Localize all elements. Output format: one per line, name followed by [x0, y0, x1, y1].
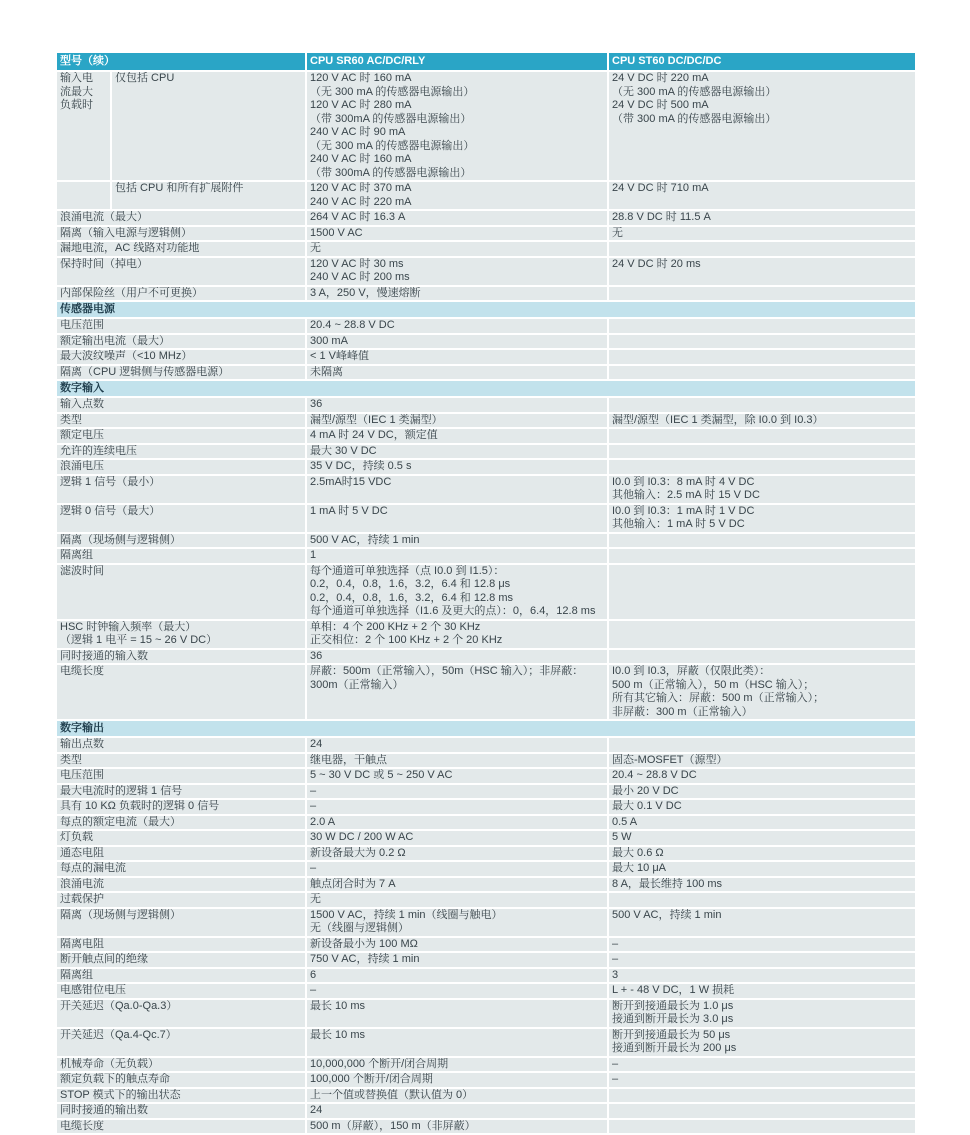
spec-text-line: （带 300 mA 的传感器电源输出） [612, 113, 911, 127]
spec-value-cell-st60 [609, 445, 915, 459]
spec-label-cell: 过载保护 [57, 893, 305, 907]
spec-value-cell-sr60: 2.0 A [307, 816, 607, 830]
spec-value-cell-st60: – [609, 1073, 915, 1087]
spec-value-cell-sr60: – [307, 984, 607, 998]
spec-value-cell-st60 [609, 319, 915, 333]
spec-text-line: 24 V DC 时 20 ms [612, 258, 911, 272]
spec-value-cell-st60: 最小 20 V DC [609, 785, 915, 799]
spec-value-cell-st60 [609, 287, 915, 301]
section-header-row: 数字输入 [57, 381, 915, 396]
spec-text-line: < 1 V峰峰值 [310, 350, 603, 364]
table-row: 类型漏型/源型（IEC 1 类漏型）漏型/源型（IEC 1 类漏型，除 I0.0… [57, 414, 915, 428]
spec-text-line: 8 A，最长维持 100 ms [612, 878, 911, 892]
spec-text-line: 隔离（输入电源与逻辑侧） [60, 227, 301, 241]
spec-text-line: 750 V AC，持续 1 min [310, 953, 603, 967]
table-row: 机械寿命（无负载）10,000,000 个断开/闭合周期– [57, 1058, 915, 1072]
table-row: 保持时间（掉电）120 V AC 时 30 ms240 V AC 时 200 m… [57, 258, 915, 285]
spec-text-line: I0.0 到 I0.3：1 mA 时 1 V DC [612, 505, 911, 519]
spec-text-line: – [612, 938, 911, 952]
spec-value-cell-sr60: 120 V AC 时 160 mA（无 300 mA 的传感器电源输出）120 … [307, 72, 607, 180]
table-row: 同时接通的输出数24 [57, 1104, 915, 1118]
spec-text-line: 输入电 [60, 72, 108, 86]
spec-value-cell-st60: – [609, 953, 915, 967]
spec-value-cell-sr60: 264 V AC 时 16.3 A [307, 211, 607, 225]
spec-text-line: 100,000 个断开/闭合周期 [310, 1073, 603, 1087]
spec-text-line: 隔离电阻 [60, 938, 301, 952]
spec-value-cell-st60: I0.0 到 I0.3：8 mA 时 4 V DC其他输入：2.5 mA 时 1… [609, 476, 915, 503]
spec-value-cell-st60: 固态-MOSFET（源型） [609, 754, 915, 768]
spec-label-cell: 隔离（CPU 逻辑侧与传感器电源） [57, 366, 305, 380]
spec-value-cell-st60: 24 V DC 时 220 mA（无 300 mA 的传感器电源输出）24 V … [609, 72, 915, 180]
spec-text-line: 5 W [612, 831, 911, 845]
spec-text-line: 最大 0.1 V DC [612, 800, 911, 814]
table-row: 通态电阻新设备最大为 0.2 Ω最大 0.6 Ω [57, 847, 915, 861]
table-row: 最大波纹噪声（<10 MHz）< 1 V峰峰值 [57, 350, 915, 364]
table-row: 开关延迟（Qa.0-Qa.3）最长 10 ms断开到接通最长为 1.0 μs接通… [57, 1000, 915, 1027]
spec-text-line: 类型 [60, 414, 301, 428]
spec-text-line: 电缆长度 [60, 1120, 301, 1134]
spec-text-line: 断开到接通最长为 1.0 μs [612, 1000, 911, 1014]
spec-text-line: 类型 [60, 754, 301, 768]
table-row: 漏地电流，AC 线路对功能地无 [57, 242, 915, 256]
spec-label-cell: 隔离电阻 [57, 938, 305, 952]
spec-label-cell: 输入电流最大负载时仅包括 CPU [57, 72, 305, 180]
spec-text-line: 最长 10 ms [310, 1029, 603, 1043]
spec-text-line: 通态电阻 [60, 847, 301, 861]
table-row: 具有 10 KΩ 负载时的逻辑 0 信号–最大 0.1 V DC [57, 800, 915, 814]
spec-text-line: 无 [310, 242, 603, 256]
table-row: 最大电流时的逻辑 1 信号–最小 20 V DC [57, 785, 915, 799]
spec-text-line: 5 ~ 30 V DC 或 5 ~ 250 V AC [310, 769, 603, 783]
spec-text-line: 300m（正常输入） [310, 679, 603, 693]
spec-label-cell: 开关延迟（Qa.0-Qa.3） [57, 1000, 305, 1027]
spec-text-line: 36 [310, 398, 603, 412]
spec-text-line: 最大 0.6 Ω [612, 847, 911, 861]
spec-text-line: 浪涌电流（最大） [60, 211, 301, 225]
spec-text-line: – [310, 984, 603, 998]
spec-value-cell-st60: 无 [609, 227, 915, 241]
spec-label-cell: 电感钳位电压 [57, 984, 305, 998]
spec-value-cell-sr60: 单相：4 个 200 KHz + 2 个 30 KHz正交相位：2 个 100 … [307, 621, 607, 648]
spec-value-cell-st60 [609, 549, 915, 563]
spec-value-cell-st60 [609, 534, 915, 548]
spec-text-line: – [612, 1073, 911, 1087]
spec-value-cell-st60 [609, 621, 915, 648]
spec-text-line: 24 [310, 1104, 603, 1118]
spec-text-line: 接通到断开最长为 200 μs [612, 1042, 911, 1056]
spec-value-cell-sr60: 120 V AC 时 30 ms240 V AC 时 200 ms [307, 258, 607, 285]
table-row: 灯负载30 W DC / 200 W AC5 W [57, 831, 915, 845]
spec-value-cell-sr60: 500 V AC，持续 1 min [307, 534, 607, 548]
table-row: 逻辑 1 信号（最小）2.5mA时15 VDCI0.0 到 I0.3：8 mA … [57, 476, 915, 503]
spec-label-cell: 保持时间（掉电） [57, 258, 305, 285]
spec-text-line: 最大 10 μA [612, 862, 911, 876]
spec-value-cell-st60: I0.0 到 I0.3：1 mA 时 1 V DC其他输入：1 mA 时 5 V… [609, 505, 915, 532]
table-row: 输出点数24 [57, 738, 915, 752]
spec-value-cell-st60 [609, 460, 915, 474]
spec-value-cell-st60: L + - 48 V DC，1 W 损耗 [609, 984, 915, 998]
spec-value-cell-sr60: 750 V AC，持续 1 min [307, 953, 607, 967]
table-row: 电压范围5 ~ 30 V DC 或 5 ~ 250 V AC20.4 ~ 28.… [57, 769, 915, 783]
spec-value-cell-st60 [609, 1089, 915, 1103]
spec-value-cell-st60: 5 W [609, 831, 915, 845]
spec-value-cell-st60: 8 A，最长维持 100 ms [609, 878, 915, 892]
spec-value-cell-sr60: 36 [307, 650, 607, 664]
spec-value-cell-sr60: 上一个值或替换值（默认值为 0） [307, 1089, 607, 1103]
spec-table-body: 输入电流最大负载时仅包括 CPU120 V AC 时 160 mA（无 300 … [57, 72, 915, 1133]
spec-text-line: – [612, 953, 911, 967]
spec-text-line: 所有其它输入：屏蔽：500 m（正常输入）； [612, 692, 911, 706]
spec-label-cell: 输入点数 [57, 398, 305, 412]
spec-text-line: 1500 V AC [310, 227, 603, 241]
spec-text-line: 264 V AC 时 16.3 A [310, 211, 603, 225]
spec-text-line: 24 [310, 738, 603, 752]
spec-text-line: 1 [310, 549, 603, 563]
spec-text-line: 单相：4 个 200 KHz + 2 个 30 KHz [310, 621, 603, 635]
spec-text-line: 每点的漏电流 [60, 862, 301, 876]
spec-text-line: 同时接通的输出数 [60, 1104, 301, 1118]
spec-text-line: 内部保险丝（用户不可更换） [60, 287, 301, 301]
spec-text-line: 隔离组 [60, 969, 301, 983]
spec-text-line: 24 V DC 时 220 mA [612, 72, 911, 86]
spec-value-cell-st60: 断开到接通最长为 1.0 μs接通到断开最长为 3.0 μs [609, 1000, 915, 1027]
spec-value-cell-st60: I0.0 到 I0.3，屏蔽（仅限此类）：500 m（正常输入），50 m（HS… [609, 665, 915, 719]
spec-text-line: 包括 CPU 和所有扩展附件 [115, 182, 303, 196]
spec-text-line: 2.0 A [310, 816, 603, 830]
spec-label-cell: 最大波纹噪声（<10 MHz） [57, 350, 305, 364]
table-row: 电感钳位电压–L + - 48 V DC，1 W 损耗 [57, 984, 915, 998]
spec-label-cell: 隔离（输入电源与逻辑侧） [57, 227, 305, 241]
spec-text-line: 输入点数 [60, 398, 301, 412]
spec-text-line: 240 V AC 时 200 ms [310, 271, 603, 285]
spec-value-cell-sr60: 4 mA 时 24 V DC，额定值 [307, 429, 607, 443]
table-row: 浪涌电流触点闭合时为 7 A8 A，最长维持 100 ms [57, 878, 915, 892]
spec-label-cell: 通态电阻 [57, 847, 305, 861]
column-header-cpu-st60: CPU ST60 DC/DC/DC [609, 53, 915, 70]
table-row: 每点的额定电流（最大）2.0 A0.5 A [57, 816, 915, 830]
spec-value-cell-sr60: 1500 V AC，持续 1 min（线圈与触电）无（线圈与逻辑侧） [307, 909, 607, 936]
spec-value-cell-sr60: 120 V AC 时 370 mA240 V AC 时 220 mA [307, 182, 607, 209]
spec-label-cell: 电缆长度 [57, 1120, 305, 1134]
spec-text-line: 接通到断开最长为 3.0 μs [612, 1013, 911, 1027]
table-row: 断开触点间的绝缘750 V AC，持续 1 min– [57, 953, 915, 967]
table-row: 电缆长度500 m（屏蔽），150 m（非屏蔽） [57, 1120, 915, 1134]
spec-label-cell: 浪涌电压 [57, 460, 305, 474]
spec-label-cell: 逻辑 1 信号（最小） [57, 476, 305, 503]
spec-text-line: 6 [310, 969, 603, 983]
spec-value-cell-st60 [609, 350, 915, 364]
table-row: 同时接通的输入数36 [57, 650, 915, 664]
spec-value-cell-st60: 24 V DC 时 710 mA [609, 182, 915, 209]
spec-label-cell: 隔离组 [57, 969, 305, 983]
spec-text-line: 具有 10 KΩ 负载时的逻辑 0 信号 [60, 800, 301, 814]
spec-text-line: 每点的额定电流（最大） [60, 816, 301, 830]
spec-value-cell-sr60: 最大 30 V DC [307, 445, 607, 459]
spec-value-cell-sr60: 30 W DC / 200 W AC [307, 831, 607, 845]
spec-value-cell-st60 [609, 335, 915, 349]
table-header-row: 型号（续） CPU SR60 AC/DC/RLY CPU ST60 DC/DC/… [57, 53, 915, 70]
spec-label-cell: 电缆长度 [57, 665, 305, 719]
spec-value-cell-st60: 断开到接通最长为 50 μs接通到断开最长为 200 μs [609, 1029, 915, 1056]
spec-text-line: 正交相位：2 个 100 KHz + 2 个 20 KHz [310, 634, 603, 648]
table-row: 额定输出电流（最大）300 mA [57, 335, 915, 349]
spec-text-line: 断开到接通最长为 50 μs [612, 1029, 911, 1043]
spec-value-cell-sr60: 300 mA [307, 335, 607, 349]
spec-text-line: 固态-MOSFET（源型） [612, 754, 911, 768]
table-row: 每点的漏电流–最大 10 μA [57, 862, 915, 876]
spec-label-cell: 额定电压 [57, 429, 305, 443]
spec-text-line: 开关延迟（Qa.4-Qc.7） [60, 1029, 301, 1043]
spec-text-line: I0.0 到 I0.3，屏蔽（仅限此类）： [612, 665, 911, 679]
spec-value-cell-st60 [609, 398, 915, 412]
spec-text-line: 500 m（屏蔽），150 m（非屏蔽） [310, 1120, 603, 1134]
spec-text-line: 电感钳位电压 [60, 984, 301, 998]
spec-text-line: 隔离（现场侧与逻辑侧） [60, 534, 301, 548]
spec-value-cell-sr60: 最长 10 ms [307, 1029, 607, 1056]
spec-text-line: 240 V AC 时 160 mA [310, 153, 603, 167]
spec-text-line: 1500 V AC，持续 1 min（线圈与触电） [310, 909, 603, 923]
table-row: 输入电流最大负载时仅包括 CPU120 V AC 时 160 mA（无 300 … [57, 72, 915, 180]
spec-text-line: I0.0 到 I0.3：8 mA 时 4 V DC [612, 476, 911, 490]
spec-text-line: 机械寿命（无负载） [60, 1058, 301, 1072]
spec-text-line: 28.8 V DC 时 11.5 A [612, 211, 911, 225]
spec-value-cell-st60 [609, 738, 915, 752]
spec-text-line: 0.5 A [612, 816, 911, 830]
spec-text-line: 隔离（现场侧与逻辑侧） [60, 909, 301, 923]
spec-value-cell-sr60: 24 [307, 1104, 607, 1118]
spec-text-line: 最大 30 V DC [310, 445, 603, 459]
spec-text-line: 仅包括 CPU [115, 72, 303, 86]
spec-text-line: 隔离组 [60, 549, 301, 563]
spec-text-line: 3 [612, 969, 911, 983]
spec-text-line: （带 300mA 的传感器电源输出） [310, 113, 603, 127]
spec-value-cell-sr60: 未隔离 [307, 366, 607, 380]
spec-text-line: 开关延迟（Qa.0-Qa.3） [60, 1000, 301, 1014]
spec-label-cell: HSC 时钟输入频率（最大）（逻辑 1 电平 = 15 ~ 26 V DC） [57, 621, 305, 648]
spec-text-line: 逻辑 1 信号（最小） [60, 476, 301, 490]
spec-label-cell: 滤波时间 [57, 565, 305, 619]
spec-value-cell-st60: 最大 0.1 V DC [609, 800, 915, 814]
spec-value-cell-sr60: 5 ~ 30 V DC 或 5 ~ 250 V AC [307, 769, 607, 783]
spec-text-line: 流最大 [60, 86, 108, 100]
spec-value-cell-sr60: 24 [307, 738, 607, 752]
spec-value-cell-sr60: – [307, 862, 607, 876]
spec-value-cell-sr60: 3 A，250 V，慢速熔断 [307, 287, 607, 301]
spec-text-line: 120 V AC 时 370 mA [310, 182, 603, 196]
spec-value-cell-sr60: 500 m（屏蔽），150 m（非屏蔽） [307, 1120, 607, 1134]
spec-label-cell: 浪涌电流（最大） [57, 211, 305, 225]
spec-text-line: 浪涌电流 [60, 878, 301, 892]
spec-text-line: 逻辑 0 信号（最大） [60, 505, 301, 519]
spec-text-line: 无（线圈与逻辑侧） [310, 922, 603, 936]
spec-text-line: 非屏蔽：300 m（正常输入） [612, 706, 911, 720]
spec-text-line: 240 V AC 时 90 mA [310, 126, 603, 140]
spec-label-cell: 具有 10 KΩ 负载时的逻辑 0 信号 [57, 800, 305, 814]
spec-text-line: 最小 20 V DC [612, 785, 911, 799]
spec-text-line: 500 V AC，持续 1 min [310, 534, 603, 548]
spec-label-cell: 同时接通的输出数 [57, 1104, 305, 1118]
spec-text-line: 保持时间（掉电） [60, 258, 301, 272]
spec-label-cell: 开关延迟（Qa.4-Qc.7） [57, 1029, 305, 1056]
section-header-row: 传感器电源 [57, 302, 915, 317]
table-row: 允许的连续电压最大 30 V DC [57, 445, 915, 459]
spec-text-line: 20.4 ~ 28.8 V DC [612, 769, 911, 783]
column-header-cpu-sr60: CPU SR60 AC/DC/RLY [307, 53, 607, 70]
spec-text-line: 继电器，干触点 [310, 754, 603, 768]
spec-text-line: 3 A，250 V，慢速熔断 [310, 287, 603, 301]
table-row: 隔离电阻新设备最小为 100 MΩ– [57, 938, 915, 952]
spec-value-cell-st60: 0.5 A [609, 816, 915, 830]
spec-text-line: 30 W DC / 200 W AC [310, 831, 603, 845]
spec-label-cell: 灯负载 [57, 831, 305, 845]
spec-label-cell: 浪涌电流 [57, 878, 305, 892]
spec-label-cell: 逻辑 0 信号（最大） [57, 505, 305, 532]
spec-value-cell-st60 [609, 429, 915, 443]
spec-text-line: 其他输入：1 mA 时 5 V DC [612, 518, 911, 532]
spec-text-line: （无 300 mA 的传感器电源输出） [612, 86, 911, 100]
spec-text-line: – [310, 800, 603, 814]
spec-label-cell: 隔离（现场侧与逻辑侧） [57, 534, 305, 548]
spec-text-line: （逻辑 1 电平 = 15 ~ 26 V DC） [60, 634, 301, 648]
spec-text-line: 同时接通的输入数 [60, 650, 301, 664]
spec-label-cell: 额定负载下的触点寿命 [57, 1073, 305, 1087]
spec-text-line: 最长 10 ms [310, 1000, 603, 1014]
spec-label-cell: 电压范围 [57, 769, 305, 783]
spec-value-cell-st60 [609, 565, 915, 619]
table-row: STOP 模式下的输出状态上一个值或替换值（默认值为 0） [57, 1089, 915, 1103]
section-title: 数字输出 [57, 721, 915, 736]
spec-text-line: 新设备最小为 100 MΩ [310, 938, 603, 952]
spec-value-cell-sr60: 1 [307, 549, 607, 563]
table-row: 隔离（输入电源与逻辑侧）1500 V AC无 [57, 227, 915, 241]
spec-label-cell: 输出点数 [57, 738, 305, 752]
spec-text-line: 电缆长度 [60, 665, 301, 679]
spec-value-cell-st60: 最大 10 μA [609, 862, 915, 876]
spec-text-line: 浪涌电压 [60, 460, 301, 474]
spec-text-line: – [310, 862, 603, 876]
table-row: 滤波时间每个通道可单独选择（点 I0.0 到 I1.5）：0.2，0.4，0.8… [57, 565, 915, 619]
table-row: 隔离（现场侧与逻辑侧）1500 V AC，持续 1 min（线圈与触电）无（线圈… [57, 909, 915, 936]
spec-label-main [57, 182, 110, 209]
spec-text-line: 2.5mA时15 VDC [310, 476, 603, 490]
spec-label-cell: 内部保险丝（用户不可更换） [57, 287, 305, 301]
spec-value-cell-sr60: 触点闭合时为 7 A [307, 878, 607, 892]
spec-value-cell-sr60: 10,000,000 个断开/闭合周期 [307, 1058, 607, 1072]
spec-label-cell: 机械寿命（无负载） [57, 1058, 305, 1072]
spec-label-cell: 包括 CPU 和所有扩展附件 [57, 182, 305, 209]
spec-text-line: 无 [612, 227, 911, 241]
spec-text-line: 最大波纹噪声（<10 MHz） [60, 350, 301, 364]
spec-text-line: 断开触点间的绝缘 [60, 953, 301, 967]
table-row: 逻辑 0 信号（最大）1 mA 时 5 V DCI0.0 到 I0.3：1 mA… [57, 505, 915, 532]
spec-text-line: 每个通道可单独选择（点 I0.0 到 I1.5）： [310, 565, 603, 579]
spec-label-cell: 同时接通的输入数 [57, 650, 305, 664]
spec-text-line: 20.4 ~ 28.8 V DC [310, 319, 603, 333]
section-title: 数字输入 [57, 381, 915, 396]
spec-label-cell: 类型 [57, 414, 305, 428]
spec-text-line: 120 V AC 时 280 mA [310, 99, 603, 113]
spec-text-line: 输出点数 [60, 738, 301, 752]
spec-text-line: 24 V DC 时 500 mA [612, 99, 911, 113]
spec-text-line: 额定电压 [60, 429, 301, 443]
spec-value-cell-sr60: 屏蔽：500m（正常输入），50m（HSC 输入）；非屏蔽：300m（正常输入） [307, 665, 607, 719]
spec-value-cell-sr60: 漏型/源型（IEC 1 类漏型） [307, 414, 607, 428]
spec-text-line: 额定负载下的触点寿命 [60, 1073, 301, 1087]
spec-text-line: 35 V DC，持续 0.5 s [310, 460, 603, 474]
spec-text-line: 500 V AC，持续 1 min [612, 909, 911, 923]
spec-text-line: 36 [310, 650, 603, 664]
spec-value-cell-sr60: 1500 V AC [307, 227, 607, 241]
table-row: 隔离（CPU 逻辑侧与传感器电源）未隔离 [57, 366, 915, 380]
spec-value-cell-sr60: 新设备最大为 0.2 Ω [307, 847, 607, 861]
table-row: 浪涌电流（最大）264 V AC 时 16.3 A28.8 V DC 时 11.… [57, 211, 915, 225]
table-row: 隔离（现场侧与逻辑侧）500 V AC，持续 1 min [57, 534, 915, 548]
spec-value-cell-sr60: 继电器，干触点 [307, 754, 607, 768]
spec-value-cell-st60: 漏型/源型（IEC 1 类漏型，除 I0.0 到 I0.3） [609, 414, 915, 428]
table-row: 开关延迟（Qa.4-Qc.7）最长 10 ms断开到接通最长为 50 μs接通到… [57, 1029, 915, 1056]
spec-label-sub: 包括 CPU 和所有扩展附件 [112, 182, 305, 209]
section-title: 传感器电源 [57, 302, 915, 317]
spec-text-line: （无 300 mA 的传感器电源输出） [310, 86, 603, 100]
spec-value-cell-sr60: 6 [307, 969, 607, 983]
spec-text-line: 电压范围 [60, 769, 301, 783]
spec-text-line: 24 V DC 时 710 mA [612, 182, 911, 196]
table-row: 隔离组63 [57, 969, 915, 983]
spec-text-line: 0.2，0.4，0.8，1.6，3.2，6.4 和 12.8 ms [310, 592, 603, 606]
spec-value-cell-sr60: 每个通道可单独选择（点 I0.0 到 I1.5）：0.2，0.4，0.8，1.6… [307, 565, 607, 619]
section-header-row: 数字输出 [57, 721, 915, 736]
spec-text-line: – [612, 1058, 911, 1072]
spec-text-line: 过载保护 [60, 893, 301, 907]
spec-text-line: 允许的连续电压 [60, 445, 301, 459]
spec-text-line: 无 [310, 893, 603, 907]
spec-value-cell-st60: – [609, 938, 915, 952]
spec-text-line: L + - 48 V DC，1 W 损耗 [612, 984, 911, 998]
spec-label-cell: 断开触点间的绝缘 [57, 953, 305, 967]
table-row: 输入点数36 [57, 398, 915, 412]
table-row: 包括 CPU 和所有扩展附件120 V AC 时 370 mA240 V AC … [57, 182, 915, 209]
spec-text-line: 漏型/源型（IEC 1 类漏型） [310, 414, 603, 428]
spec-value-cell-sr60: 100,000 个断开/闭合周期 [307, 1073, 607, 1087]
spec-value-cell-sr60: 20.4 ~ 28.8 V DC [307, 319, 607, 333]
spec-label-cell: 允许的连续电压 [57, 445, 305, 459]
spec-value-cell-st60 [609, 242, 915, 256]
spec-value-cell-sr60: < 1 V峰峰值 [307, 350, 607, 364]
spec-label-cell: 额定输出电流（最大） [57, 335, 305, 349]
spec-table: 型号（续） CPU SR60 AC/DC/RLY CPU ST60 DC/DC/… [57, 53, 915, 1135]
table-row: 电缆长度屏蔽：500m（正常输入），50m（HSC 输入）；非屏蔽：300m（正… [57, 665, 915, 719]
spec-label-cell: 漏地电流，AC 线路对功能地 [57, 242, 305, 256]
spec-label-cell: 每点的额定电流（最大） [57, 816, 305, 830]
column-header-model: 型号（续） [57, 53, 305, 70]
spec-label-cell: 电压范围 [57, 319, 305, 333]
table-row: 隔离组1 [57, 549, 915, 563]
spec-label-cell: 每点的漏电流 [57, 862, 305, 876]
spec-label-cell: 最大电流时的逻辑 1 信号 [57, 785, 305, 799]
table-row: 额定电压4 mA 时 24 V DC，额定值 [57, 429, 915, 443]
spec-text-line: STOP 模式下的输出状态 [60, 1089, 301, 1103]
spec-text-line: 漏型/源型（IEC 1 类漏型，除 I0.0 到 I0.3） [612, 414, 911, 428]
spec-text-line: 额定输出电流（最大） [60, 335, 301, 349]
spec-value-cell-sr60: 最长 10 ms [307, 1000, 607, 1027]
table-row: 内部保险丝（用户不可更换）3 A，250 V，慢速熔断 [57, 287, 915, 301]
spec-label-cell: STOP 模式下的输出状态 [57, 1089, 305, 1103]
spec-text-line: 灯负载 [60, 831, 301, 845]
spec-value-cell-st60: 500 V AC，持续 1 min [609, 909, 915, 936]
spec-text-line: 屏蔽：500m（正常输入），50m（HSC 输入）；非屏蔽： [310, 665, 603, 679]
spec-text-line: 其他输入：2.5 mA 时 15 V DC [612, 489, 911, 503]
spec-text-line: 滤波时间 [60, 565, 301, 579]
